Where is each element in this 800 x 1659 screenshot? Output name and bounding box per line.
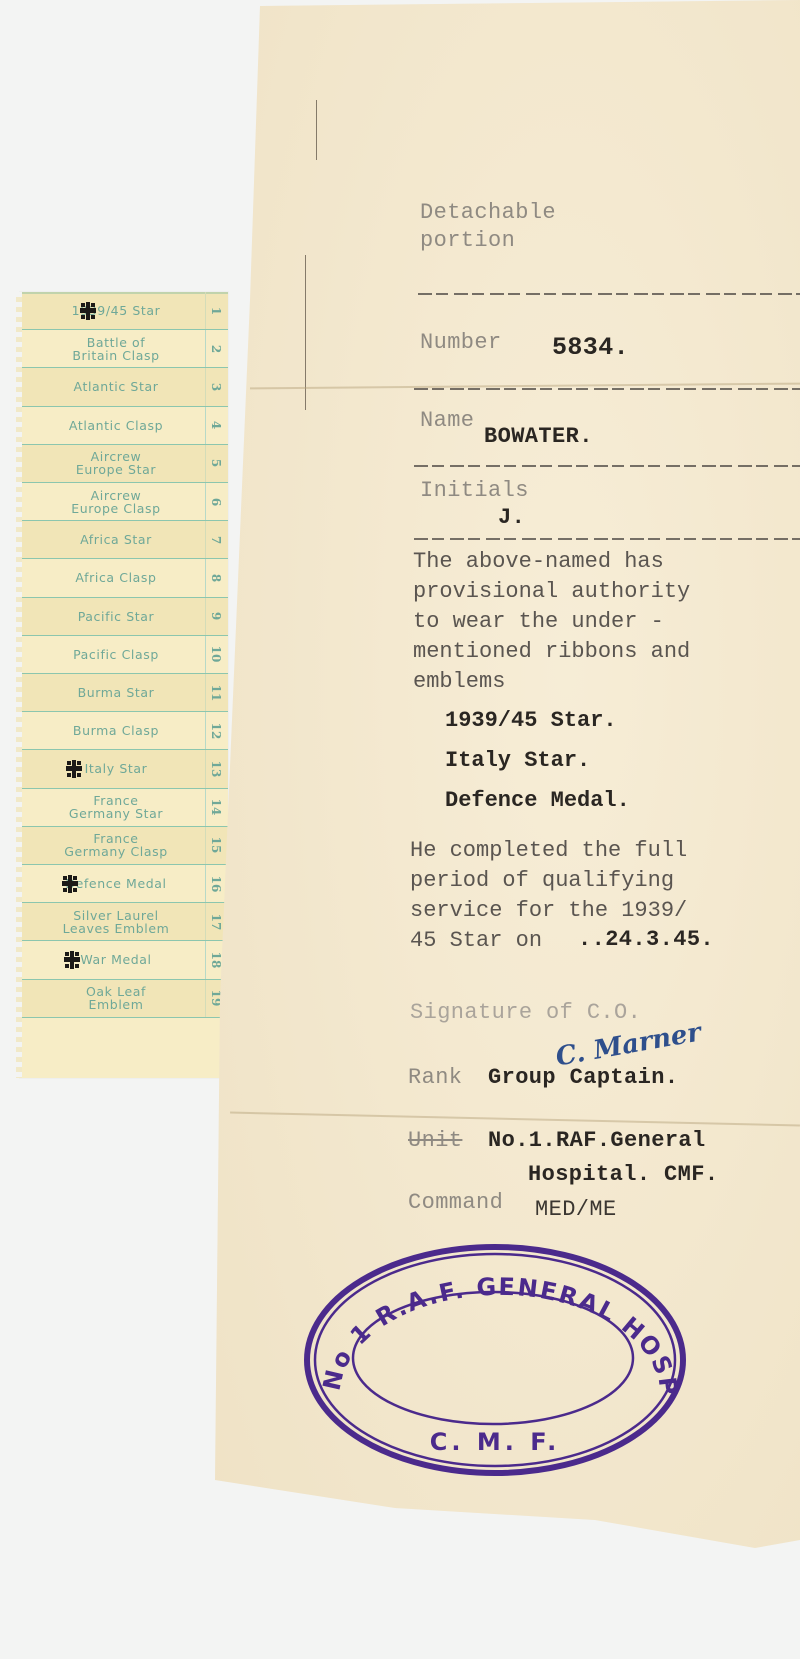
tear-line [316, 100, 317, 160]
strip-row: Burma Clasp12 [22, 712, 228, 750]
strip-row: Atlantic Clasp4 [22, 407, 228, 445]
strip-row: Defence Medal16 [22, 865, 228, 903]
strip-row-number: 5 [209, 454, 223, 472]
signature-label: Signature of C.O. [410, 1000, 641, 1025]
strip-row: Silver Laurel Leaves Emblem17 [22, 903, 228, 941]
command-value: MED/ME [535, 1197, 617, 1222]
strip-row-label: Silver Laurel Leaves Emblem [22, 909, 228, 935]
strip-row-number: 4 [209, 416, 223, 434]
strip-row-label: Pacific Clasp [22, 648, 228, 661]
strip-row: 1939/45 Star1 [22, 292, 228, 330]
strip-row-number: 7 [209, 531, 223, 549]
strip-row-label: Aircrew Europe Star [22, 450, 228, 476]
strip-row-label: Defence Medal [22, 877, 228, 890]
strip-row: Aircrew Europe Clasp6 [22, 483, 228, 521]
strip-row-label: 1939/45 Star [22, 304, 228, 317]
strip-row: Battle of Britain Clasp2 [22, 330, 228, 368]
scanned-document: 1939/45 Star1Battle of Britain Clasp2Atl… [0, 0, 800, 1659]
name-label: Name [420, 408, 474, 433]
strip-row-number: 6 [209, 493, 223, 511]
command-label: Command [408, 1190, 503, 1215]
strip-row-label: France Germany Star [22, 794, 228, 820]
strip-row-label: France Germany Clasp [22, 832, 228, 858]
strip-row-label: Italy Star [22, 762, 228, 775]
divider [418, 293, 800, 295]
qualifying-date: ..24.3.45. [578, 927, 714, 952]
strip-row: Burma Star11 [22, 674, 228, 712]
strip-row-number: 12 [209, 722, 223, 740]
divider [414, 465, 800, 467]
authority-text: The above-named has provisional authorit… [413, 547, 783, 697]
name-value: BOWATER. [484, 424, 593, 449]
strip-row: France Germany Star14 [22, 789, 228, 827]
rank-label: Rank [408, 1065, 462, 1090]
heading-detachable: Detachable [420, 200, 556, 225]
unit-label: Unit [408, 1128, 462, 1153]
punched-mark-icon [64, 951, 80, 969]
strip-row-number: 13 [209, 760, 223, 778]
strip-row-number: 15 [209, 836, 223, 854]
initials-value: J. [498, 505, 525, 530]
heading-portion: portion [420, 228, 515, 253]
strip-row: Oak Leaf Emblem19 [22, 980, 228, 1018]
punched-mark-icon [62, 875, 78, 893]
ribbon-entitlement-strip: 1939/45 Star1Battle of Britain Clasp2Atl… [20, 292, 228, 1078]
strip-row: Pacific Clasp10 [22, 636, 228, 674]
strip-row-number: 1 [209, 302, 223, 320]
strip-row-label: Oak Leaf Emblem [22, 985, 228, 1011]
strip-row: Africa Clasp8 [22, 559, 228, 597]
strip-row-number: 16 [209, 875, 223, 893]
award-item-1939-45-star: 1939/45 Star. [445, 708, 617, 733]
stamp-bottom-text: C. M. F. [430, 1428, 560, 1456]
strip-row-number: 9 [209, 607, 223, 625]
award-item-italy-star: Italy Star. [445, 748, 590, 773]
strip-row-number: 18 [209, 951, 223, 969]
punched-mark-icon [66, 760, 82, 778]
strip-row-label: Atlantic Clasp [22, 419, 228, 432]
strip-row-label: Pacific Star [22, 610, 228, 623]
strip-row-number: 3 [209, 378, 223, 396]
strip-row-label: Burma Star [22, 686, 228, 699]
strip-row-label: Aircrew Europe Clasp [22, 489, 228, 515]
initials-label: Initials [420, 478, 529, 503]
strip-row: Atlantic Star3 [22, 368, 228, 406]
strip-row-number: 2 [209, 340, 223, 358]
strip-row-label: Battle of Britain Clasp [22, 336, 228, 362]
strip-row-number: 11 [209, 684, 223, 702]
number-value: 5834. [552, 333, 629, 362]
strip-row: Pacific Star9 [22, 598, 228, 636]
strip-row: Italy Star13 [22, 750, 228, 788]
strip-row: Aircrew Europe Star5 [22, 445, 228, 483]
strip-row-number: 17 [209, 913, 223, 931]
hospital-stamp: No 1 R.A.F. GENERAL HOSPITAL C. M. F. [300, 1240, 690, 1480]
unit-value-line2: Hospital. CMF. [528, 1162, 718, 1187]
divider [414, 538, 800, 540]
number-label: Number [420, 330, 502, 355]
strip-row-label: Africa Star [22, 533, 228, 546]
strip-row-label: Atlantic Star [22, 380, 228, 393]
unit-value-line1: No.1.RAF.General [488, 1128, 706, 1153]
punched-mark-icon [80, 302, 96, 320]
award-item-defence-medal: Defence Medal. [445, 788, 630, 813]
strip-row-label: Africa Clasp [22, 571, 228, 584]
strip-row-label: Burma Clasp [22, 724, 228, 737]
strip-row-number: 10 [209, 645, 223, 663]
strip-row: War Medal18 [22, 941, 228, 979]
strip-row: Africa Star7 [22, 521, 228, 559]
strip-row: France Germany Clasp15 [22, 827, 228, 865]
strip-row-number: 14 [209, 798, 223, 816]
strip-row-label: War Medal [22, 953, 228, 966]
divider [414, 388, 800, 390]
strip-row-number: 8 [209, 569, 223, 587]
rank-value: Group Captain. [488, 1065, 678, 1090]
